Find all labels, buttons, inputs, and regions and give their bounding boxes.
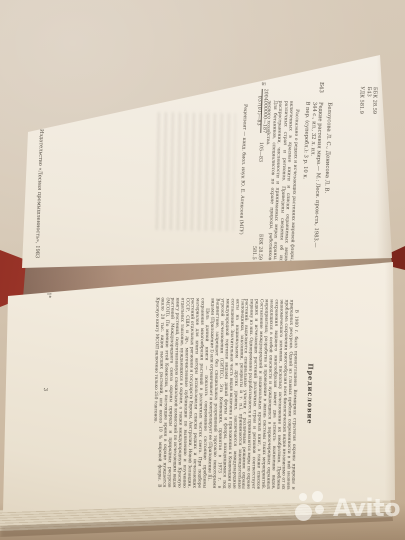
bbk-code: ББК 28.59 [371, 87, 378, 115]
classification-codes: ББК 28.59 Б43 УДК 581.9 [358, 86, 378, 114]
preface-heading: Предисловие [304, 280, 316, 508]
author-line: Белоусова Л. С., Денисова Л. В. [323, 102, 332, 193]
avito-circle-medium-icon [312, 491, 323, 502]
avito-wordmark: Avito [333, 496, 400, 520]
avito-circle-small-icon [299, 493, 307, 501]
page-number: 3 [40, 275, 50, 503]
card-corner-codes: ББК 28.59 581.5 [251, 234, 263, 260]
card-bbk-code: ББК 28.59 [257, 234, 263, 260]
avito-circle-large-icon [295, 504, 312, 521]
preface-body-text: В 1980 г. была провозглашена Всемирная с… [151, 297, 298, 489]
catalog-card: Редкие растения мира.— М.: Лесн. пром-ст… [299, 101, 324, 264]
preface-paragraph-1: В 1980 г. была провозглашена Всемирная с… [205, 298, 297, 490]
book-listing-photo: ББК 28.59 Б43 УДК 581.9 Белоусова Л. С.,… [0, 0, 405, 540]
avito-logo-icon [295, 491, 330, 525]
preface-paragraph-2: Цель данной книги — показать современное… [151, 297, 209, 488]
copyright-line: © Издательство «Лесная промышленность», … [34, 122, 45, 258]
pub-index-fraction: 2004000000—187 037(01)—83 [255, 88, 268, 133]
preface-page-content: Предисловие В 1980 г. была провозглашена… [8, 275, 390, 510]
card-udc-code: 581.5 [251, 246, 256, 260]
catalog-card-index: Б43 [318, 82, 324, 93]
pub-index-suffix: 105—83 [257, 142, 263, 162]
annotation-paragraph: Рассказано о редких и исчезающих растени… [261, 100, 300, 261]
avito-circle-tiny-icon [315, 505, 324, 514]
udc-code: УДК 581.9 [358, 86, 365, 114]
pub-index-prefix: Б [260, 82, 265, 86]
title-page-show-through [156, 112, 236, 231]
reviewer-line: Рецензент — канд. биол. наук Ю. Е. Алекс… [237, 83, 248, 255]
avito-watermark: Avito [295, 491, 400, 525]
